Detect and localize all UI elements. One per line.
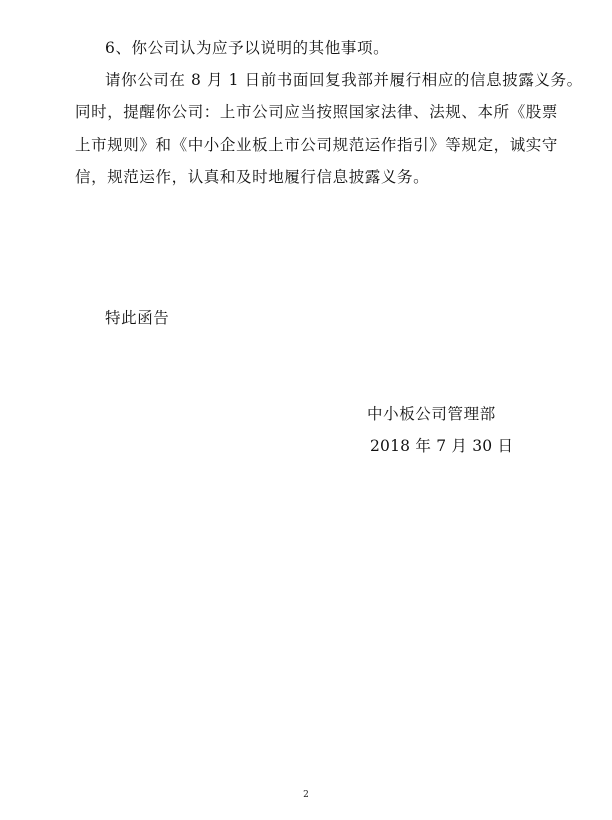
request-paragraph-line-4: 信，规范运作，认真和及时地履行信息披露义务。: [75, 167, 429, 187]
closing-text: 特此函告: [105, 308, 169, 328]
page-number: 2: [0, 789, 612, 801]
request-paragraph-line-1: 请你公司在 8 月 1 日前书面回复我部并履行相应的信息披露义务。: [105, 70, 583, 90]
signature-department: 中小板公司管理部: [367, 404, 496, 424]
item-6-text: 6、你公司认为应予以说明的其他事项。: [105, 38, 389, 58]
document-page: 6、你公司认为应予以说明的其他事项。 请你公司在 8 月 1 日前书面回复我部并…: [0, 0, 612, 820]
signature-date: 2018 年 7 月 30 日: [370, 436, 513, 456]
request-paragraph-line-3: 上市规则》和《中小企业板上市公司规范运作指引》等规定，诚实守: [75, 135, 558, 155]
request-paragraph-line-2: 同时，提醒你公司：上市公司应当按照国家法律、法规、本所《股票: [75, 102, 558, 122]
